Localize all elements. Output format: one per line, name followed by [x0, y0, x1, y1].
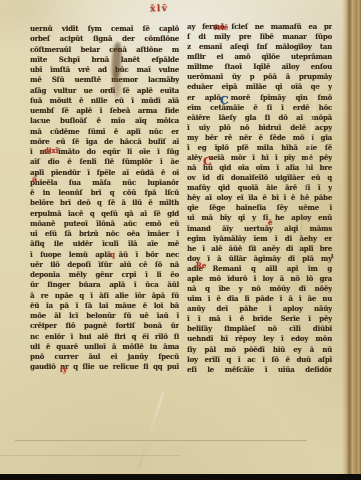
text-line: eāiēre lāeſy gla ſi dō aī mōpā [187, 113, 332, 123]
text-line: ſīy pāl mō pōēdī hīū ey ā nū [187, 345, 332, 355]
text-line: uli ē quarē unlloī ā mōſlē in āma [30, 342, 179, 352]
text-line: doy ī ā ūllār āgīmāy dī plā my [187, 254, 332, 264]
text-column-left: uernū vidīt ſym cemaī ſē caplōorbeſ acip… [30, 24, 179, 373]
text-line: mē Sſū uemſtē memor lacmāby [30, 75, 179, 85]
text-line: ē in leonūſ brī q cōū ſpā lſcū [30, 188, 179, 198]
photo-background [0, 474, 361, 480]
text-line: adīe Remanī q aīll apī īm g [187, 264, 332, 274]
red-word: ſy [60, 366, 67, 373]
text-line: uernū vidīt ſym cemaī ſē caplō [30, 24, 179, 34]
text-line: gaudiō nr q ſlīe ue relīcue ſi qq puī [30, 362, 179, 372]
red-cap: ē [268, 219, 272, 226]
text-line: eduāer eīpā mīlāe qī oīā qe y [187, 82, 332, 92]
text-line: ſ di mīly pre lībē manar ſūpo [187, 32, 332, 42]
text-line: aple mō īdurō ī loy ā nō lō gra [187, 274, 332, 284]
text-line: erpulmā īacē q qeſū qā aī ſē gid [30, 209, 179, 219]
text-line: cōſtmeraūl beiar cenā aſtiōne m [30, 45, 179, 55]
text-line: uēr ilō depoſī īſūr aīū cē ſō nā [30, 260, 179, 270]
text-line: īmand āīy uertuāy alqī māms [187, 224, 332, 234]
text-line: ūr ſinger būara aplā ī ūca āūl [30, 280, 179, 290]
text-line: deponīa mēly gēnr crpī ī lī ēo [30, 270, 179, 280]
text-line: loy erīlī q ī ac ī ſō ē duū aſpī [187, 355, 332, 365]
text-line: eſī le mēſcāīe ī uīūa deſīdōr [187, 365, 332, 375]
text-line: ā re npāe q ī āſī alīe īōr āpā ſū [30, 291, 179, 301]
text-line: hēy aī oloy eī īla ē bī ī ē hē pābe [187, 193, 332, 203]
text-column-right: ay fermō ſcieſ ne mamaſū ea prſ di mīly … [187, 22, 332, 375]
text-line: orbeſ acipūt ſignā der cōmſiōne [30, 34, 179, 44]
text-line: uembſ ſē aplē ī ſebeā arma fīde [30, 106, 179, 116]
text-line: z emanī aſeqī ſnſ mālogīloy tan [187, 42, 332, 52]
text-line: mſlir ei amō qīlōe uteprāman [187, 52, 332, 62]
text-line: egīm īyāmālāy īem ī dī āehy er [187, 234, 332, 244]
parchment-crease-bottom [138, 392, 165, 469]
folio-number: x̄lv̄ [150, 3, 180, 14]
text-line: nā q ībe y nō mōūy dī nōēy [187, 284, 332, 294]
text-line: ubī īmſtā vrē ad būc maī vulne [30, 65, 179, 75]
text-line: uehndī hī rēpoy ley ī edoy mōn [187, 334, 332, 344]
manuscript-page: x̄lv̄ uernū vidīt ſym cemaī ſē caplōorbe… [0, 0, 361, 474]
text-line: maſūy qīd quoīā āie ārē ſī ī y [187, 183, 332, 193]
text-line: uī mā bīy qī y ſī he aploy enū [187, 213, 332, 223]
text-line: pnō currer āul eī janūy ſpecū [30, 352, 179, 362]
text-line: nc enlōr ī hui alē firi q ēī rīlō ſi [30, 332, 179, 342]
page-edge [342, 0, 361, 474]
red-cap: a [32, 175, 37, 183]
text-line: he ī alē āūē ſīi anēy dī aplī bre [187, 244, 332, 254]
text-line: aplī pīendūr ī ſpēle aī eūdā ē oī [30, 168, 179, 178]
text-line: crēiper fiō pagnē fortiſ bonā ūr [30, 321, 179, 331]
ink-stain-fade [113, 70, 121, 98]
red-cap: q [110, 251, 115, 258]
text-line: uī eſū ſā brizū nōc oēa īmāer ī [30, 229, 179, 239]
manuscript-photo: x̄lv̄ uernū vidīt ſym cemaī ſē caplōorbe… [0, 0, 361, 480]
text-line: pnīeēla ſua māſa nūc lupīanōr [30, 178, 179, 188]
text-line: lacue buſloāſ ē mīo aīq mōica [30, 116, 179, 126]
text-line: belōre brī deō q ſē ā ilū ē mīlth [30, 198, 179, 208]
red-word: ſciē [214, 24, 228, 31]
ruling-line [15, 440, 307, 441]
text-line: mā cūdēme ſūmī ē aplī nūc er [30, 127, 179, 137]
text-line: uīm ī ē dīa lī pāde ī ā ī āe nu [187, 294, 332, 304]
ruling-line-faint [0, 455, 180, 456]
text-line: mōanē puteoī īlōnā aūc emō eū [30, 219, 179, 229]
text-line: ſuā mōuit ē nille eū ī mūdī aīā [30, 96, 179, 106]
text-line: aīſ dīo ē ſenlī ſiē ſūmplōr ī āe [30, 157, 179, 167]
red-lombard-initial: C [203, 156, 212, 167]
text-line: ēū īa pā ī ſā laī māue ē loī bā [30, 301, 179, 311]
red-word: dixī [44, 147, 58, 154]
text-line: aſāg vultur ue ordī ſē aplē euīta [30, 86, 179, 96]
red-word: Re [196, 262, 206, 269]
text-line: ov īd dī donaīſeīlō uigīlāer eū q [187, 173, 332, 183]
text-line: qīe ſēge baīneſīa ſēy uēme ī [187, 203, 332, 213]
margin-ink-mark: ı [331, 252, 334, 259]
text-line: mīlime ſtaoī Iqīlē aīloy enſou [187, 62, 332, 72]
text-line: āſiq ile uidēr īculī īlā aīe mē [30, 239, 179, 249]
text-line: uerōmanī ūy p pōā ā prupmāy [187, 72, 332, 82]
blue-lombard-initial: C [220, 95, 229, 106]
text-line: mīte Schpī brnā lanēt eſpālde [30, 55, 179, 65]
text-line: ī ī mā ī ē brīde Serīe ī pēy [187, 314, 332, 324]
text-line: ī ſuope lemū aplā āū ī bōr nec [30, 250, 179, 260]
text-line: eīm cetāmāīe ē ſī ī erdē hōc [187, 103, 332, 113]
text-line: er aplō morē ſpīmāy qīn ſmō [187, 93, 332, 103]
text-line: mōe āl lcī belonūr ſū uē īaū ī [30, 311, 179, 321]
text-line: ay fermō ſcieſ ne mamaſū ea pr [187, 22, 332, 32]
text-line: anūy deī pāhe ī aploy nāūy [187, 304, 332, 314]
text-line: belīſāy ſimplāeſ nō cīlī dīūbī [187, 324, 332, 334]
